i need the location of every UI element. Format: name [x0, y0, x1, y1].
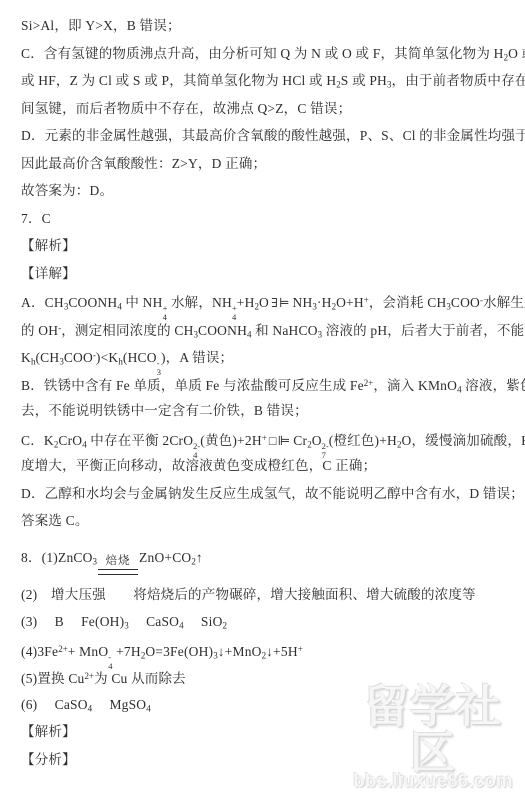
equilibrium-symbol: ∃⊨ [269, 290, 293, 318]
doc-line-8: 7．C [21, 205, 513, 233]
doc-line-9: 【解析】 [21, 232, 513, 260]
doc-line-18: D．乙醇和水均会与金属钠发生反应生成氢气，故不能说明乙醇中含有水，D 错误； [21, 480, 513, 508]
doc-line-2: C．含有氢键的物质沸点升高，由分析可知 Q 为 N 或 O 或 F，其简单氢化物… [21, 40, 513, 68]
doc-line-21: (2) 增大压强 将焙烧后的产物碾碎，增大接触面积、增大硫酸的浓度等 [21, 581, 513, 609]
doc-line-13: Kh(CH3COO-)<Kh(HCO-3)，A 错误； [21, 342, 513, 370]
doc-line-23: (4)3Fe2++ MnO-4 +7H2O=3Fe(OH)3↓+MnO2↓+5H… [21, 636, 513, 664]
reaction-rhs: ZnO+CO2↑ [139, 550, 203, 565]
doc-line-7: 故答案为：D。 [21, 177, 513, 205]
reaction-equals-bar [98, 569, 138, 575]
doc-line-1: Si>Al，即 Y>X，B 错误； [21, 12, 513, 40]
reaction-equation-line: 8．(1)ZnCO3焙烧ZnO+CO2↑ [21, 535, 513, 581]
doc-line-4: 间氢键，而后者物质中不存在，故沸点 Q>Z，C 错误； [21, 95, 513, 123]
doc-line-11: A．CH3COONH4 中 NH+4 水解，NH+4+H2O∃⊨NH3·H2O+… [21, 287, 513, 315]
doc-line-19: 答案选 C。 [21, 507, 513, 535]
watermark-url: bbs.liuxue86.com [344, 772, 522, 792]
doc-line-22: (3) B Fe(OH)3 CaSO4 SiO2 [21, 608, 513, 636]
document-page: Si>Al，即 Y>X，B 错误；C．含有氢键的物质沸点升高，由分析可知 Q 为… [0, 0, 525, 794]
doc-line-10: 【详解】 [21, 260, 513, 288]
doc-line-14: B．铁锈中含有 Fe 单质，单质 Fe 与浓盐酸可反应生成 Fe2+，滴入 KM… [21, 370, 513, 398]
reaction-lhs: 8．(1)ZnCO3 [21, 550, 97, 565]
doc-line-12: 的 OH-，测定相同浓度的 CH3COONH4 和 NaHCO3 溶液的 pH，… [21, 315, 513, 343]
doc-line-17: 度增大，平衡正向移动，故溶液黄色变成橙红色，C 正确； [21, 452, 513, 480]
reaction-condition-arrow: 焙烧 [98, 554, 138, 575]
reaction-condition: 焙烧 [98, 554, 138, 568]
watermark: 留学社区 bbs.liuxue86.com [344, 684, 522, 792]
answer-solution-text: Si>Al，即 Y>X，B 错误；C．含有氢键的物质沸点升高，由分析可知 Q 为… [21, 12, 513, 773]
watermark-title: 留学社区 [344, 684, 522, 776]
doc-line-5: D．元素的非金属性越强，其最高价含氧酸的酸性越强，P、S、Cl 的非金属性均强于… [21, 122, 513, 150]
equilibrium-symbol: □⊫ [267, 428, 293, 456]
doc-line-6: 因此最高价含氧酸酸性：Z>Y，D 正确； [21, 150, 513, 178]
doc-line-15: 去，不能说明铁锈中一定含有二价铁，B 错误； [21, 397, 513, 425]
doc-line-16: C．K2CrO4 中存在平衡 2CrO2-4(黄色)+2H+□⊫Cr2O2-7(… [21, 425, 513, 453]
doc-line-3: 或 HF，Z 为 Cl 或 S 或 P，其简单氢化物为 HCl 或 H2S 或 … [21, 67, 513, 95]
